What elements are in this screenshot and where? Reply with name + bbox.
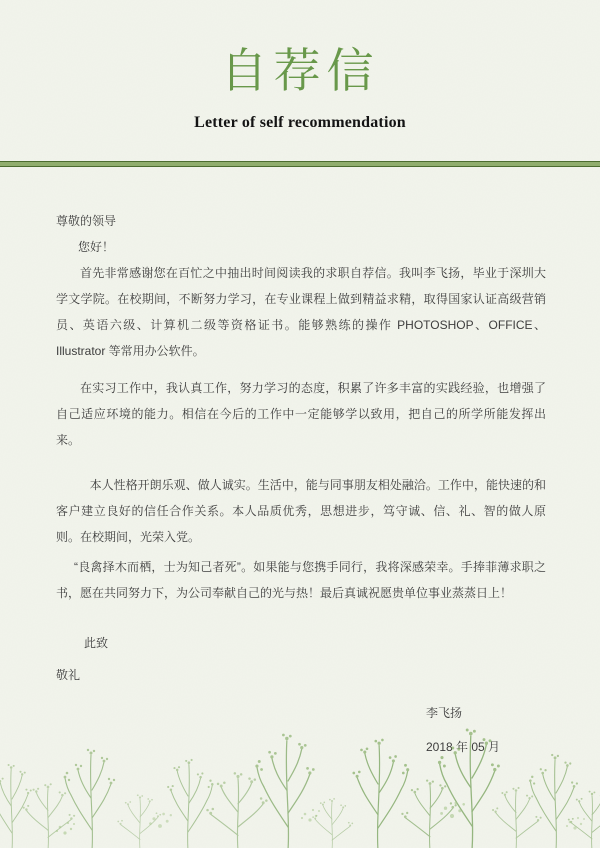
letter-page: 自荐信 Letter of self recommendation 尊敬的领导 … bbox=[0, 0, 600, 848]
paragraph-personality: 本人性格开朗乐观、做人诚实。生活中，能与同事朋友相处融洽。工作中，能快速的和客户… bbox=[56, 472, 546, 550]
paragraph-intro: 首先非常感谢您在百忙之中抽出时间阅读我的求职自荐信。我叫李飞扬，毕业于深圳大学文… bbox=[56, 260, 546, 364]
signature-date: 2018 年 05 月 bbox=[426, 730, 546, 764]
paragraph-closing: “良禽择木而栖，士为知己者死”。如果能与您携手同行，我将深感荣幸。手捧菲薄求职之… bbox=[56, 554, 546, 606]
signature-name: 李飞扬 bbox=[426, 696, 546, 730]
closing-regards: 此致 bbox=[56, 630, 546, 656]
salutation: 尊敬的领导 bbox=[56, 208, 546, 234]
page-subtitle: Letter of self recommendation bbox=[0, 114, 600, 132]
paragraph-internship: 在实习工作中，我认真工作，努力学习的态度，积累了许多丰富的实践经验，也增强了自己… bbox=[56, 375, 546, 453]
greeting: 您好！ bbox=[56, 234, 546, 260]
signature-block: 李飞扬 2018 年 05 月 bbox=[426, 696, 546, 764]
page-title: 自荐信 bbox=[0, 44, 600, 98]
header-divider bbox=[0, 161, 600, 167]
closing-salute: 敬礼 bbox=[56, 662, 546, 688]
letter-body: 尊敬的领导 您好！ 首先非常感谢您在百忙之中抽出时间阅读我的求职自荐信。我叫李飞… bbox=[56, 208, 546, 764]
